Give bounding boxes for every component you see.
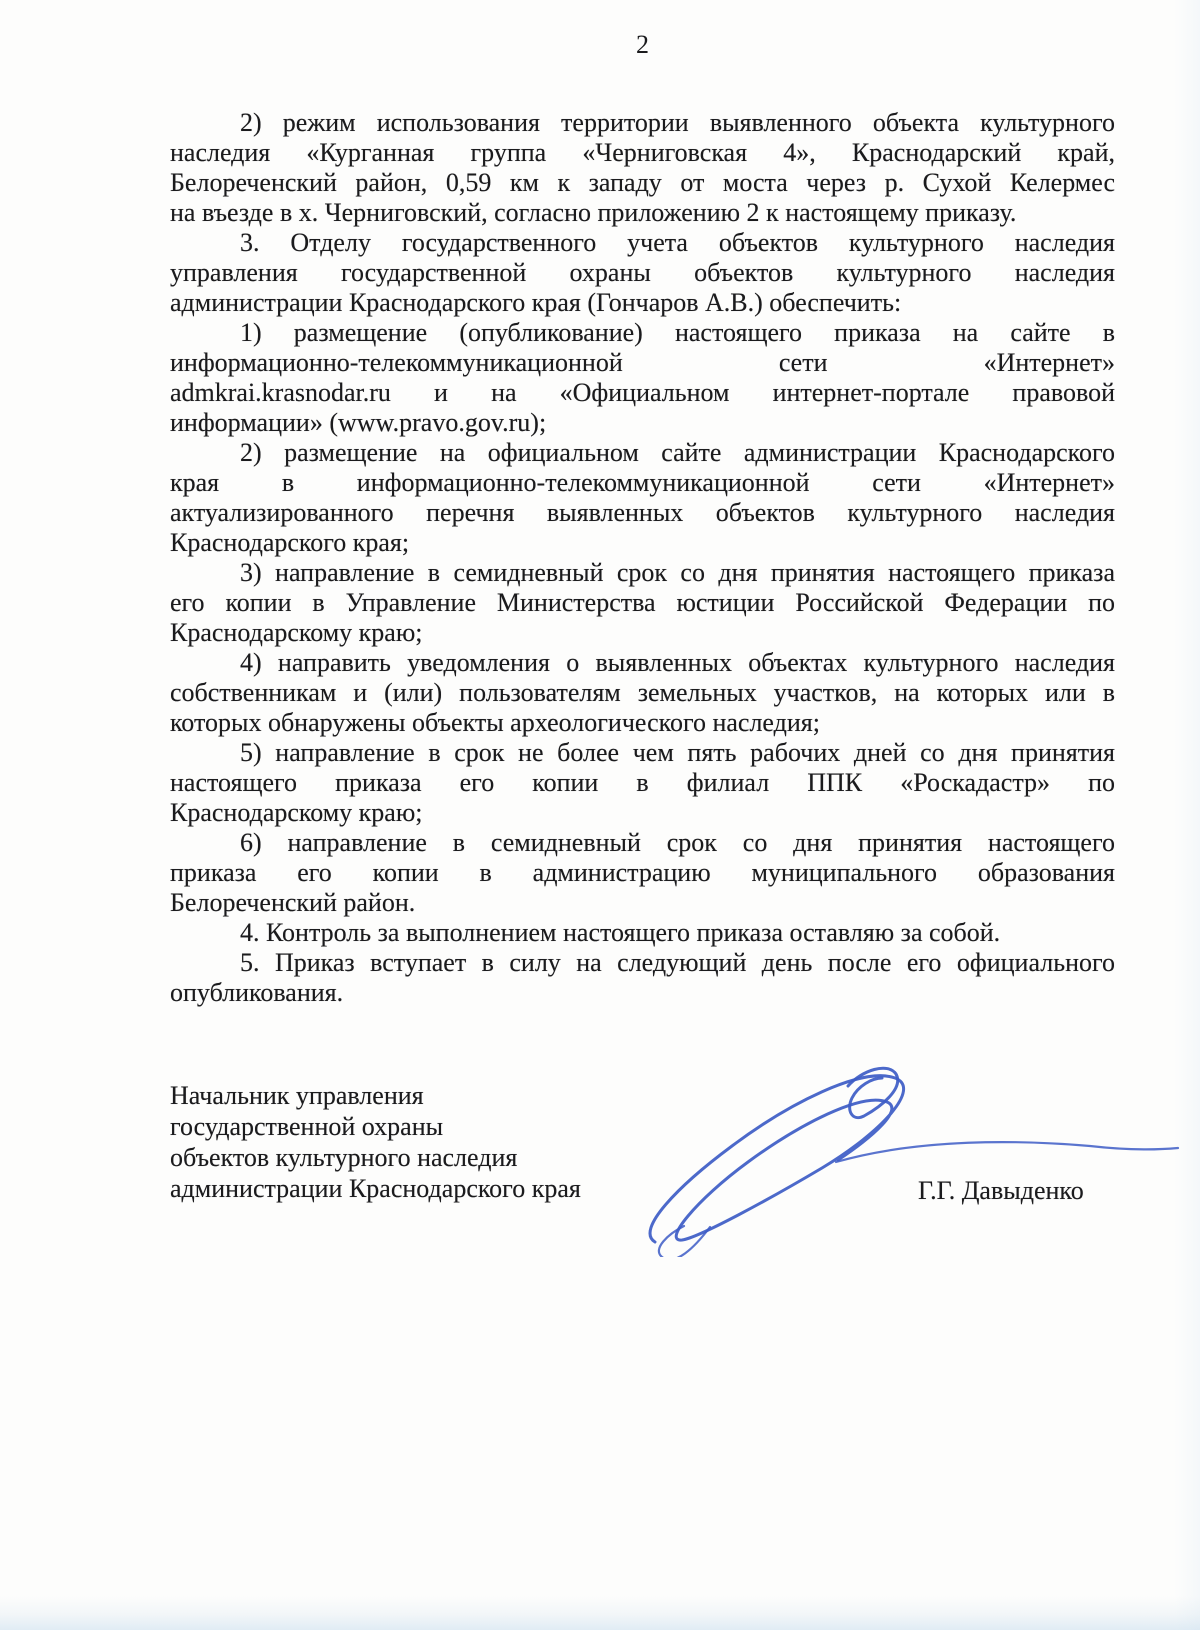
body-line: приказа его копии в администрацию муници… [170,858,1115,888]
signer-position-line: государственной охраны [170,1111,670,1142]
signer-position-line: администрации Краснодарского края [170,1173,670,1204]
body-line: края в информационно-телекоммуникационно… [170,468,1115,498]
body-line: на въезде в х. Черниговский, согласно пр… [170,198,1115,228]
body-line: управления государственной охраны объект… [170,258,1115,288]
body-line: актуализированного перечня выявленных об… [170,498,1115,528]
body-line: собственникам и (или) пользователям земе… [170,678,1115,708]
body-line: 1) размещение (опубликование) настоящего… [170,318,1115,348]
body-line: 5. Приказ вступает в силу на следующий д… [170,948,1115,978]
body-line: 5) направление в срок не более чем пять … [170,738,1115,768]
body-line: опубликования. [170,978,1115,1008]
body-line: admkrai.krasnodar.ru и на «Официальном и… [170,378,1115,408]
body-line: настоящего приказа его копии в филиал ПП… [170,768,1115,798]
body-line: администрации Краснодарского края (Гонча… [170,288,1115,318]
body-line: Краснодарскому краю; [170,618,1115,648]
body-line: 6) направление в семидневный срок со дня… [170,828,1115,858]
body-line: Белореченский район, 0,59 км к западу от… [170,168,1115,198]
page-number: 2 [170,30,1115,60]
body-line: информационно-телекоммуникационной сети … [170,348,1115,378]
body-line: информации» (www.pravo.gov.ru); [170,408,1115,438]
signer-position-line: Начальник управления [170,1080,670,1111]
signer-position-line: объектов культурного наследия [170,1142,670,1173]
body-line: Краснодарского края; [170,528,1115,558]
signer-name: Г.Г. Давыденко [918,1176,1084,1206]
body-line: 4. Контроль за выполнением настоящего пр… [170,918,1115,948]
body-line: 3) направление в семидневный срок со дня… [170,558,1115,588]
signer-position: Начальник управлениягосударственной охра… [170,1080,670,1204]
scan-artifact-right [1174,0,1200,1630]
document-page: 2 2) режим использования территории выяв… [0,0,1200,1630]
body-line: 4) направить уведомления о выявленных об… [170,648,1115,678]
body-line: 2) режим использования территории выявле… [170,108,1115,138]
scan-artifact-bottom [0,1596,1200,1630]
body-line: Краснодарскому краю; [170,798,1115,828]
body-line: его копии в Управление Министерства юсти… [170,588,1115,618]
body-line: наследия «Курганная группа «Черниговская… [170,138,1115,168]
body-line: Белореченский район. [170,888,1115,918]
document-body: 2) режим использования территории выявле… [170,108,1115,1008]
body-line: 3. Отделу государственного учета объекто… [170,228,1115,258]
handwritten-signature [600,1042,1190,1257]
body-line: которых обнаружены объекты археологическ… [170,708,1115,738]
body-line: 2) размещение на официальном сайте админ… [170,438,1115,468]
